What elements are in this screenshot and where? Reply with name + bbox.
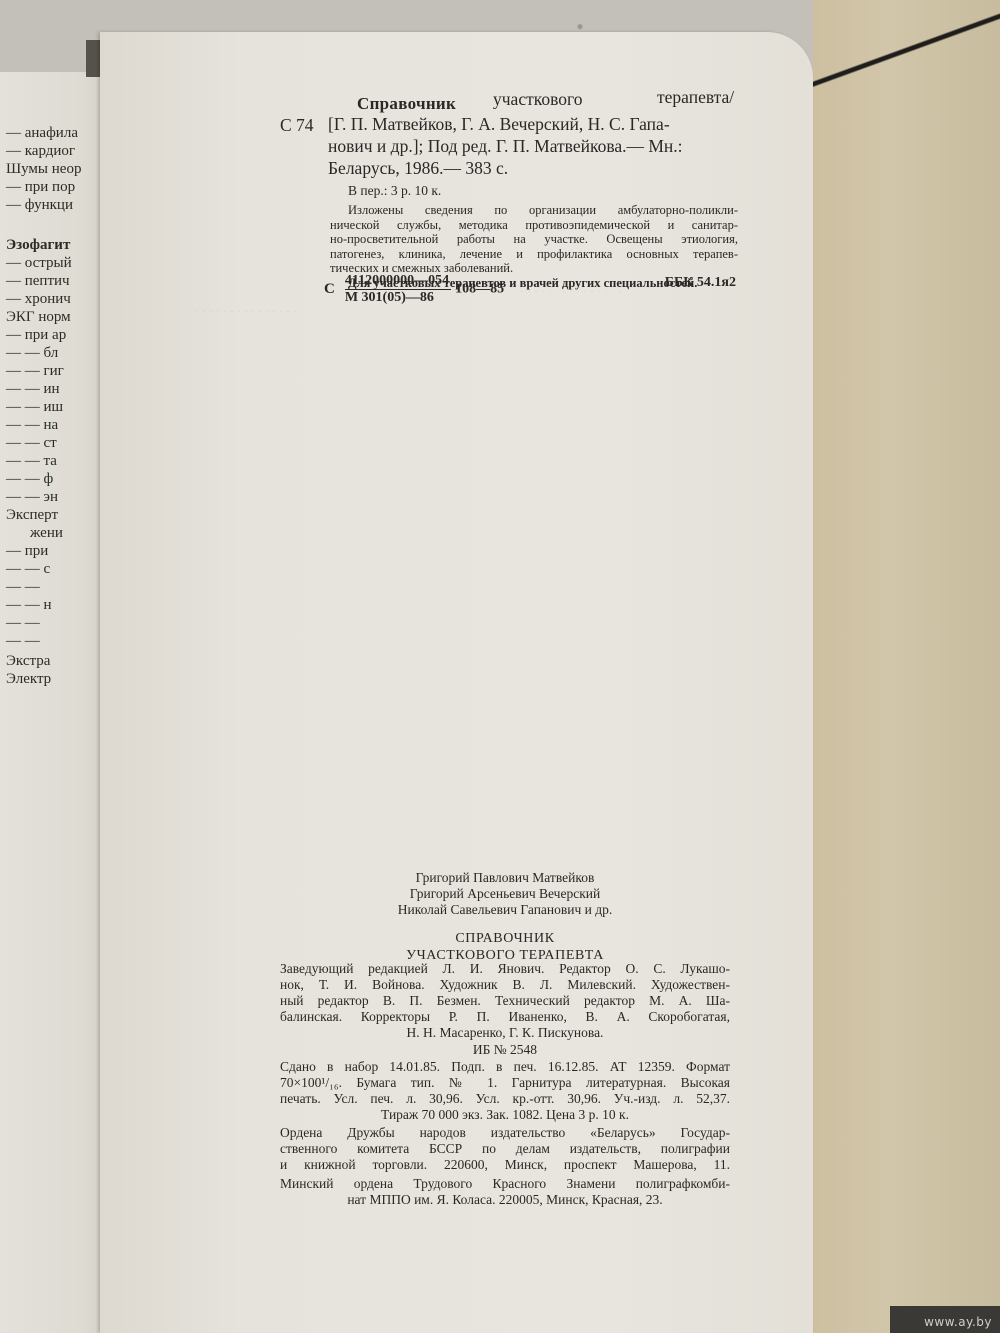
annotation-line: патогенез, клиника, лечение и профилакти… xyxy=(330,247,738,262)
index-entry: жени xyxy=(30,524,63,542)
index-entry: Эксперт xyxy=(6,506,58,524)
annotation-line: нической службы, методика противоэпидеми… xyxy=(330,218,738,233)
site-watermark: www.ay.by xyxy=(924,1315,992,1329)
index-entry: — — xyxy=(6,578,40,596)
catalog-index: С 74 xyxy=(280,115,314,136)
production-line: печать. Усл. печ. л. 30,96. Усл. кр.-отт… xyxy=(280,1091,730,1107)
ib-number-text: ИБ № 2548 xyxy=(270,1042,740,1058)
left-index-page: — анафила— кардиогШумы неор— при пор— фу… xyxy=(0,72,102,1333)
annotation-line: но-просветительной работы на участке. Ос… xyxy=(330,232,738,247)
printer-line: нат МППО им. Я. Коласа. 220005, Минск, К… xyxy=(280,1192,730,1208)
book-title-line: СПРАВОЧНИК xyxy=(270,930,740,947)
index-entry: ЭКГ норм xyxy=(6,308,71,326)
index-entry: — анафила xyxy=(6,124,78,142)
index-entry: — — xyxy=(6,614,40,632)
printer-info: Минский ордена Трудового Красного Знамен… xyxy=(280,1176,730,1208)
index-entry: — — гиг xyxy=(6,362,64,380)
book-cover-board xyxy=(813,0,1000,1333)
index-entry: — — ст xyxy=(6,434,57,452)
index-entry: — — xyxy=(6,632,40,650)
index-entry: Эзофагит xyxy=(6,236,70,254)
index-entry: — — иш xyxy=(6,398,63,416)
publisher-line: Ордена Дружбы народов издательство «Бела… xyxy=(280,1125,730,1141)
staff-line: балинская. Корректоры Р. П. Иваненко, В.… xyxy=(280,1009,730,1025)
staff-line: Заведующий редакцией Л. И. Янович. Редак… xyxy=(280,961,730,977)
author-name: Григорий Павлович Матвейков xyxy=(270,870,740,886)
code-fraction: 4112000000—054 М 301(05)—86 xyxy=(345,273,451,306)
code-prefix: С xyxy=(324,281,335,297)
author-name: Григорий Арсеньевич Вечерский xyxy=(270,886,740,902)
index-entry: — — бл xyxy=(6,344,58,362)
index-entry: — — с xyxy=(6,560,50,578)
catalog-card-title-row: Справочник участкового терапевта/ xyxy=(357,94,757,114)
index-entry: — — н xyxy=(6,596,52,614)
catalog-publisher-line: Беларусь, 1986.— 383 с. xyxy=(328,158,508,179)
author-name: Николай Савельевич Гапанович и др. xyxy=(270,902,740,918)
catalog-authors-line: [Г. П. Матвейков, Г. А. Вечерский, Н. С.… xyxy=(328,114,670,135)
staff-line: ный редактор В. П. Безмен. Технический р… xyxy=(280,993,730,1009)
index-entry: — при пор xyxy=(6,178,75,196)
show-through-text: · · · · · · · · · · · · · · · xyxy=(195,302,297,320)
publisher-info: Ордена Дружбы народов издательство «Бела… xyxy=(280,1125,730,1173)
production-details: Сдано в набор 14.01.85. Подп. в печ. 16.… xyxy=(280,1059,730,1123)
staff-line: нок, Т. И. Войнова. Художник В. Л. Милев… xyxy=(280,977,730,993)
production-line: Сдано в набор 14.01.85. Подп. в печ. 16.… xyxy=(280,1059,730,1075)
catalog-title-word: участкового xyxy=(493,89,582,110)
publisher-line: и книжной торговли. 220600, Минск, просп… xyxy=(280,1157,730,1173)
bbk-code: ББК 54.1я2 xyxy=(665,275,736,291)
catalog-price: В пер.: 3 р. 10 к. xyxy=(348,184,441,199)
index-entry: — — на xyxy=(6,416,58,434)
index-entry: — — ф xyxy=(6,470,53,488)
printer-line: Минский ордена Трудового Красного Знамен… xyxy=(280,1176,730,1192)
catalog-title-word: Справочник xyxy=(357,94,456,113)
imprint-staff: Заведующий редакцией Л. И. Янович. Редак… xyxy=(280,961,730,1041)
index-entry: — кардиог xyxy=(6,142,75,160)
colophon-page: · · · · · · · · · · · · · · · · · · · · … xyxy=(100,32,813,1333)
catalog-authors-line: нович и др.]; Под ред. Г. П. Матвейкова.… xyxy=(328,136,683,157)
index-entry: — пептич xyxy=(6,272,70,290)
index-entry: — функци xyxy=(6,196,73,214)
code-denominator: М 301(05)—86 xyxy=(345,290,451,306)
code-suffix: 108—85 xyxy=(455,282,504,297)
index-entry: — — ин xyxy=(6,380,60,398)
index-entry: Шумы неор xyxy=(6,160,81,178)
production-line: 70×100¹/₁₆. Бумага тип. № 1. Гарнитура л… xyxy=(280,1075,730,1091)
publisher-line: ственного комитета БССР по делам издател… xyxy=(280,1141,730,1157)
ib-number: ИБ № 2548 xyxy=(270,1042,740,1058)
index-entry: Экстра xyxy=(6,652,50,670)
index-entry: — хронич xyxy=(6,290,71,308)
index-entry: — при xyxy=(6,542,48,560)
code-numerator: 4112000000—054 xyxy=(345,273,451,290)
catalog-code-row: С 4112000000—054 М 301(05)—86 108—85 ББК… xyxy=(324,273,744,306)
imprint-authors: Григорий Павлович Матвейков Григорий Арс… xyxy=(270,870,740,918)
index-entry: — — та xyxy=(6,452,57,470)
cover-edge-shadow xyxy=(812,0,1000,100)
index-entry: Электр xyxy=(6,670,51,688)
staff-line: Н. Н. Масаренко, Г. К. Пискунова. xyxy=(280,1025,730,1041)
annotation-line: Изложены сведения по организации амбулат… xyxy=(330,203,738,218)
production-line: Тираж 70 000 экз. Зак. 1082. Цена 3 р. 1… xyxy=(280,1107,730,1123)
imprint-title: СПРАВОЧНИК УЧАСТКОВОГО ТЕРАПЕВТА xyxy=(270,930,740,964)
catalog-title-word: терапевта/ xyxy=(657,87,734,108)
index-entry: — — эн xyxy=(6,488,58,506)
index-entry: — острый xyxy=(6,254,72,272)
index-entry: — при ар xyxy=(6,326,66,344)
